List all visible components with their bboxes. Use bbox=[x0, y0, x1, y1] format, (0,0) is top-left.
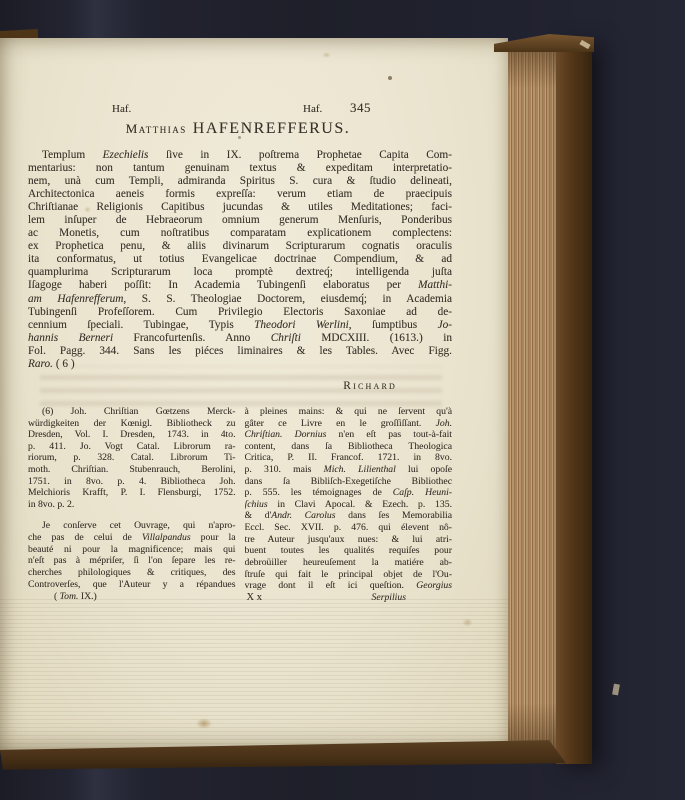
text-line: Chriſtianae Religionis Capitibus jucunda… bbox=[28, 201, 452, 214]
text-line: tre Auteur jusqu'aux nues: & lui atri- bbox=[245, 534, 453, 546]
catchword: Richard bbox=[28, 380, 452, 392]
text-line: (6) Joh. Chriſtian Gœtzens Merck- bbox=[28, 406, 236, 418]
text-line: n'eſt pas à mépriſer, ſi l'on ſepare les… bbox=[28, 555, 236, 567]
footnote-column-left: (6) Joh. Chriſtian Gœtzens Merck-würdigk… bbox=[28, 406, 236, 603]
text-line: Critica, P. II. Francof. 1721. in 8vo. bbox=[245, 452, 453, 464]
footnote-right-para: à pleines mains: & qui ne ſervent qu'àgâ… bbox=[245, 406, 453, 592]
text-line: ſtruſe qui fait le principal objet de l'… bbox=[245, 569, 453, 581]
text-line: beauté ni pour la magnificence; mais qui bbox=[28, 544, 236, 556]
book-cover-edge bbox=[556, 40, 592, 764]
text-line: ita conformatus, ut totius Evangelicae d… bbox=[28, 253, 452, 266]
text-line: riorum, p. 328. Catal. Librorum Ti- bbox=[28, 452, 236, 464]
text-line: cherches philologiques & critiques, des bbox=[28, 567, 236, 579]
footnote-left-para2: Je conſerve cet Ouvrage, qui n'apro-che … bbox=[28, 520, 236, 590]
text-line: à pleines mains: & qui ne ſervent qu'à bbox=[245, 406, 453, 418]
running-title-center: Haf. bbox=[303, 103, 322, 115]
text-line: 1751. in 8vo. p. 4. Bibliotheca Joh. bbox=[28, 476, 236, 488]
text-line: p. 411. Jo. Vogt Catal. Librorum ra- bbox=[28, 441, 236, 453]
text-line: dans ſa Bibliſch-Exegetiſche Bibliothec bbox=[245, 476, 453, 488]
text-line: in 8vo. p. 2. bbox=[28, 499, 236, 511]
text-line: mentarius: non tantum genuinam textus & … bbox=[28, 162, 452, 175]
text-line: p. 310. mais Mich. Lilienthal lui opoſe bbox=[245, 464, 453, 476]
entry-description-paragraph: Templum Ezechielis ſive in IX. poſtrema … bbox=[28, 149, 452, 371]
catchword-serpilius: Serpilius bbox=[372, 592, 452, 604]
cover-wear-mark bbox=[612, 684, 620, 696]
page-fore-edge bbox=[508, 46, 556, 752]
text-line: che pas de celui de Villalpandus pour la bbox=[28, 532, 236, 544]
text-line: Melchioris Krafft, P. I. Flensburgi, 175… bbox=[28, 487, 236, 499]
entry-title-forename: Matthias bbox=[126, 121, 187, 136]
signature-line: X x Serpilius bbox=[245, 592, 453, 604]
text-line: Raro. ( 6 ) bbox=[28, 358, 452, 371]
signature-mark: X x bbox=[245, 592, 262, 604]
text-line: Architectonica aeneis formis expreſſa: v… bbox=[28, 188, 452, 201]
volume-note: ( Tom. IX.) bbox=[28, 591, 236, 603]
text-line: Fol. Pagg. 344. Sans les piéces liminair… bbox=[28, 345, 452, 358]
text-line: nem, unà cum Templi, admiranda Spiritus … bbox=[28, 175, 452, 188]
book-photo: Haf. Haf. 345 MatthiasHAFENREFFERUS. Tem… bbox=[0, 0, 685, 800]
text-line: Eccl. Sec. XVII. p. 476. qui élevent nô- bbox=[245, 522, 453, 534]
text-line: ac Monetis, cum noſtratibus comparatam e… bbox=[28, 227, 452, 240]
footnotes: (6) Joh. Chriſtian Gœtzens Merck-würdigk… bbox=[28, 406, 452, 603]
entry-title: MatthiasHAFENREFFERUS. bbox=[26, 120, 450, 138]
text-line: Iſagoge haberi poſſit: In Academia Tubin… bbox=[28, 279, 452, 292]
text-line: am Hafenrefferum, S. S. Theologiae Docto… bbox=[28, 293, 452, 306]
text-line: moth. Chriſtian. Stubenrauch, Berolini, bbox=[28, 464, 236, 476]
text-line: Je conſerve cet Ouvrage, qui n'apro- bbox=[28, 520, 236, 532]
text-line: cennium ſpeciali. Tubingae, Typis Theodo… bbox=[28, 319, 452, 332]
paper-texture bbox=[0, 596, 508, 748]
text-line: quamplurima Scripturarum loca promptè de… bbox=[28, 266, 452, 279]
foxing-spot bbox=[462, 618, 473, 627]
page-number: 345 bbox=[350, 100, 371, 116]
text-line: & d'Andr. Carolus dans ſes Memorabilia bbox=[245, 510, 453, 522]
text-line: debroüiller heureuſement la matiére ab- bbox=[245, 557, 453, 569]
foxing-spot bbox=[322, 52, 331, 58]
text-line: p. 555. les témoignages de Caſp. Heuni- bbox=[245, 487, 453, 499]
text-line: ſchius in Clavi Apocal. & Ezech. p. 135. bbox=[245, 499, 453, 511]
footnote-column-right: à pleines mains: & qui ne ſervent qu'àgâ… bbox=[245, 406, 453, 603]
text-line: content, dans ſa Bibliotheca Theologica bbox=[245, 441, 453, 453]
text-line: lem inſuper de Hebraeorum omnium generum… bbox=[28, 214, 452, 227]
foxing-spot bbox=[196, 718, 212, 729]
text-line: gâter ce Livre en le groſſiſſant. Joh. bbox=[245, 418, 453, 430]
text-line: vrage dont il eſt ici queſtion. Georgius bbox=[245, 580, 453, 592]
footnote-left-para1: (6) Joh. Chriſtian Gœtzens Merck-würdigk… bbox=[28, 406, 236, 510]
text-line: ex Prophetica penu, & aliis divinarum Sc… bbox=[28, 240, 452, 253]
text-line: Controverſes, que l'Auteur y a répandues bbox=[28, 579, 236, 591]
entry-title-surname: HAFENREFFERUS. bbox=[193, 120, 350, 137]
ink-speck bbox=[388, 76, 392, 80]
text-line: würdigkeiten der Kœnigl. Bibliotheck zu bbox=[28, 418, 236, 430]
text-line: Dresden, Vol. I. Dresden, 1743. in 4to. bbox=[28, 429, 236, 441]
running-title-left: Haf. bbox=[112, 103, 131, 115]
text-line: Tubingenſi Profeſſorem. Cum Privilegio E… bbox=[28, 306, 452, 319]
text-line: buent toutes les qualités requiſes pour bbox=[245, 545, 453, 557]
text-line: hannis Berneri Francofurtenſis. Anno Chr… bbox=[28, 332, 452, 345]
text-line: Chriſtian. Dornius n'en eſt pas tout-à-f… bbox=[245, 429, 453, 441]
text-line: Templum Ezechielis ſive in IX. poſtrema … bbox=[28, 149, 452, 162]
